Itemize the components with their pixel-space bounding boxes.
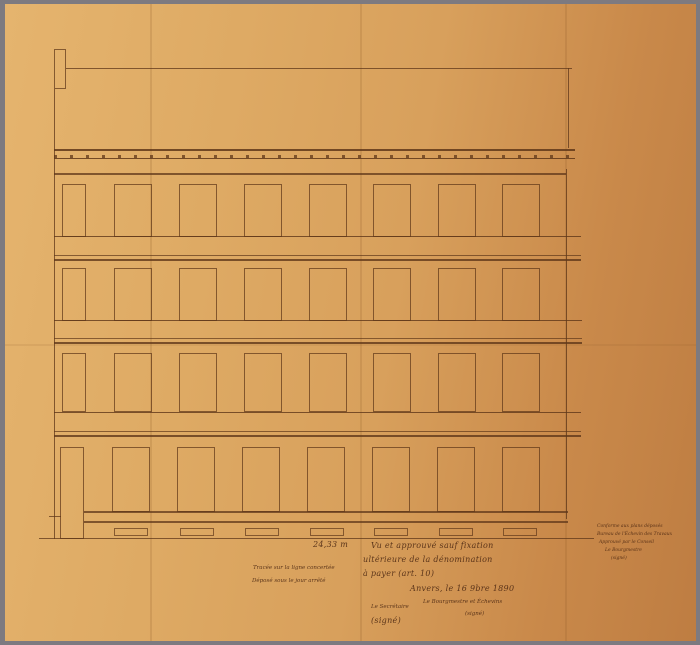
- left-note: Tracée sur la ligne concertée: [253, 565, 335, 571]
- dentil-row: [54, 155, 575, 158]
- signature: (signé): [465, 611, 484, 617]
- window: [114, 268, 152, 321]
- window: [309, 353, 347, 412]
- right-note: Le Bourgmestre: [605, 548, 642, 553]
- shop-window: [177, 447, 215, 512]
- ground-line: [39, 538, 594, 539]
- balcony-band: [54, 320, 582, 344]
- window: [179, 353, 217, 412]
- window: [438, 268, 476, 321]
- signature-left: Le Secrétaire: [371, 604, 409, 610]
- basement-vent: [245, 528, 279, 536]
- shop-window: [372, 447, 410, 512]
- window: [502, 353, 540, 412]
- shop-window: [437, 447, 475, 512]
- window: [244, 268, 282, 321]
- right-note: Conforme aux plans déposés: [597, 524, 663, 529]
- approval-date: Anvers, le 16 9bre 1890: [410, 584, 514, 593]
- window: [309, 268, 347, 321]
- right-note: (signé): [611, 556, 627, 561]
- chimney: [54, 49, 66, 89]
- window: [179, 184, 217, 237]
- roof-line: [66, 68, 572, 69]
- window: [114, 353, 152, 412]
- balcony-band: [54, 412, 581, 437]
- window: [502, 268, 540, 321]
- cornice: [54, 149, 575, 159]
- plinth-line: [84, 521, 568, 523]
- dimension-label: 24,33 m: [313, 540, 348, 549]
- approval-text: Vu et approuvé sauf fixation: [371, 541, 494, 550]
- plinth-left: [49, 516, 61, 517]
- facade-right-edge: [566, 169, 567, 519]
- basement-vent: [180, 528, 214, 536]
- basement-vent: [374, 528, 408, 536]
- window: [502, 184, 540, 237]
- window: [114, 184, 152, 237]
- left-note: Déposé sous le jour arrêté: [252, 578, 326, 584]
- balcony-band: [54, 236, 581, 261]
- window: [244, 353, 282, 412]
- right-note: Bureau de l'Échevin des Travaux: [597, 532, 672, 537]
- basement-vent: [310, 528, 344, 536]
- window: [373, 353, 411, 412]
- paper-fold: [5, 344, 696, 346]
- entrance-door: [60, 447, 84, 539]
- window: [438, 353, 476, 412]
- shop-window: [307, 447, 345, 512]
- approval-text: ultérieure de la dénomination: [363, 555, 493, 564]
- shop-window: [502, 447, 540, 512]
- window: [179, 268, 217, 321]
- basement-vent: [503, 528, 537, 536]
- shop-window: [242, 447, 280, 512]
- basement-vent: [439, 528, 473, 536]
- frieze-line: [54, 173, 566, 175]
- shop-window: [112, 447, 150, 512]
- approval-text: à payer (art. 10): [363, 569, 434, 578]
- approval-authority: Le Bourgmestre et Échevins: [423, 599, 502, 605]
- window: [373, 184, 411, 237]
- window: [62, 268, 86, 321]
- facade-right-edge-top: [568, 68, 569, 148]
- window: [62, 184, 86, 237]
- window: [244, 184, 282, 237]
- drawing-sheet: 24,33 m Tracée sur la ligne concertée Dé…: [5, 4, 696, 641]
- basement-vent: [114, 528, 148, 536]
- window: [438, 184, 476, 237]
- plinth-top: [84, 511, 568, 513]
- right-note: Approuvé par le Conseil: [599, 540, 654, 545]
- window: [373, 268, 411, 321]
- window: [62, 353, 86, 412]
- window: [309, 184, 347, 237]
- signature-left: (signé): [371, 616, 401, 625]
